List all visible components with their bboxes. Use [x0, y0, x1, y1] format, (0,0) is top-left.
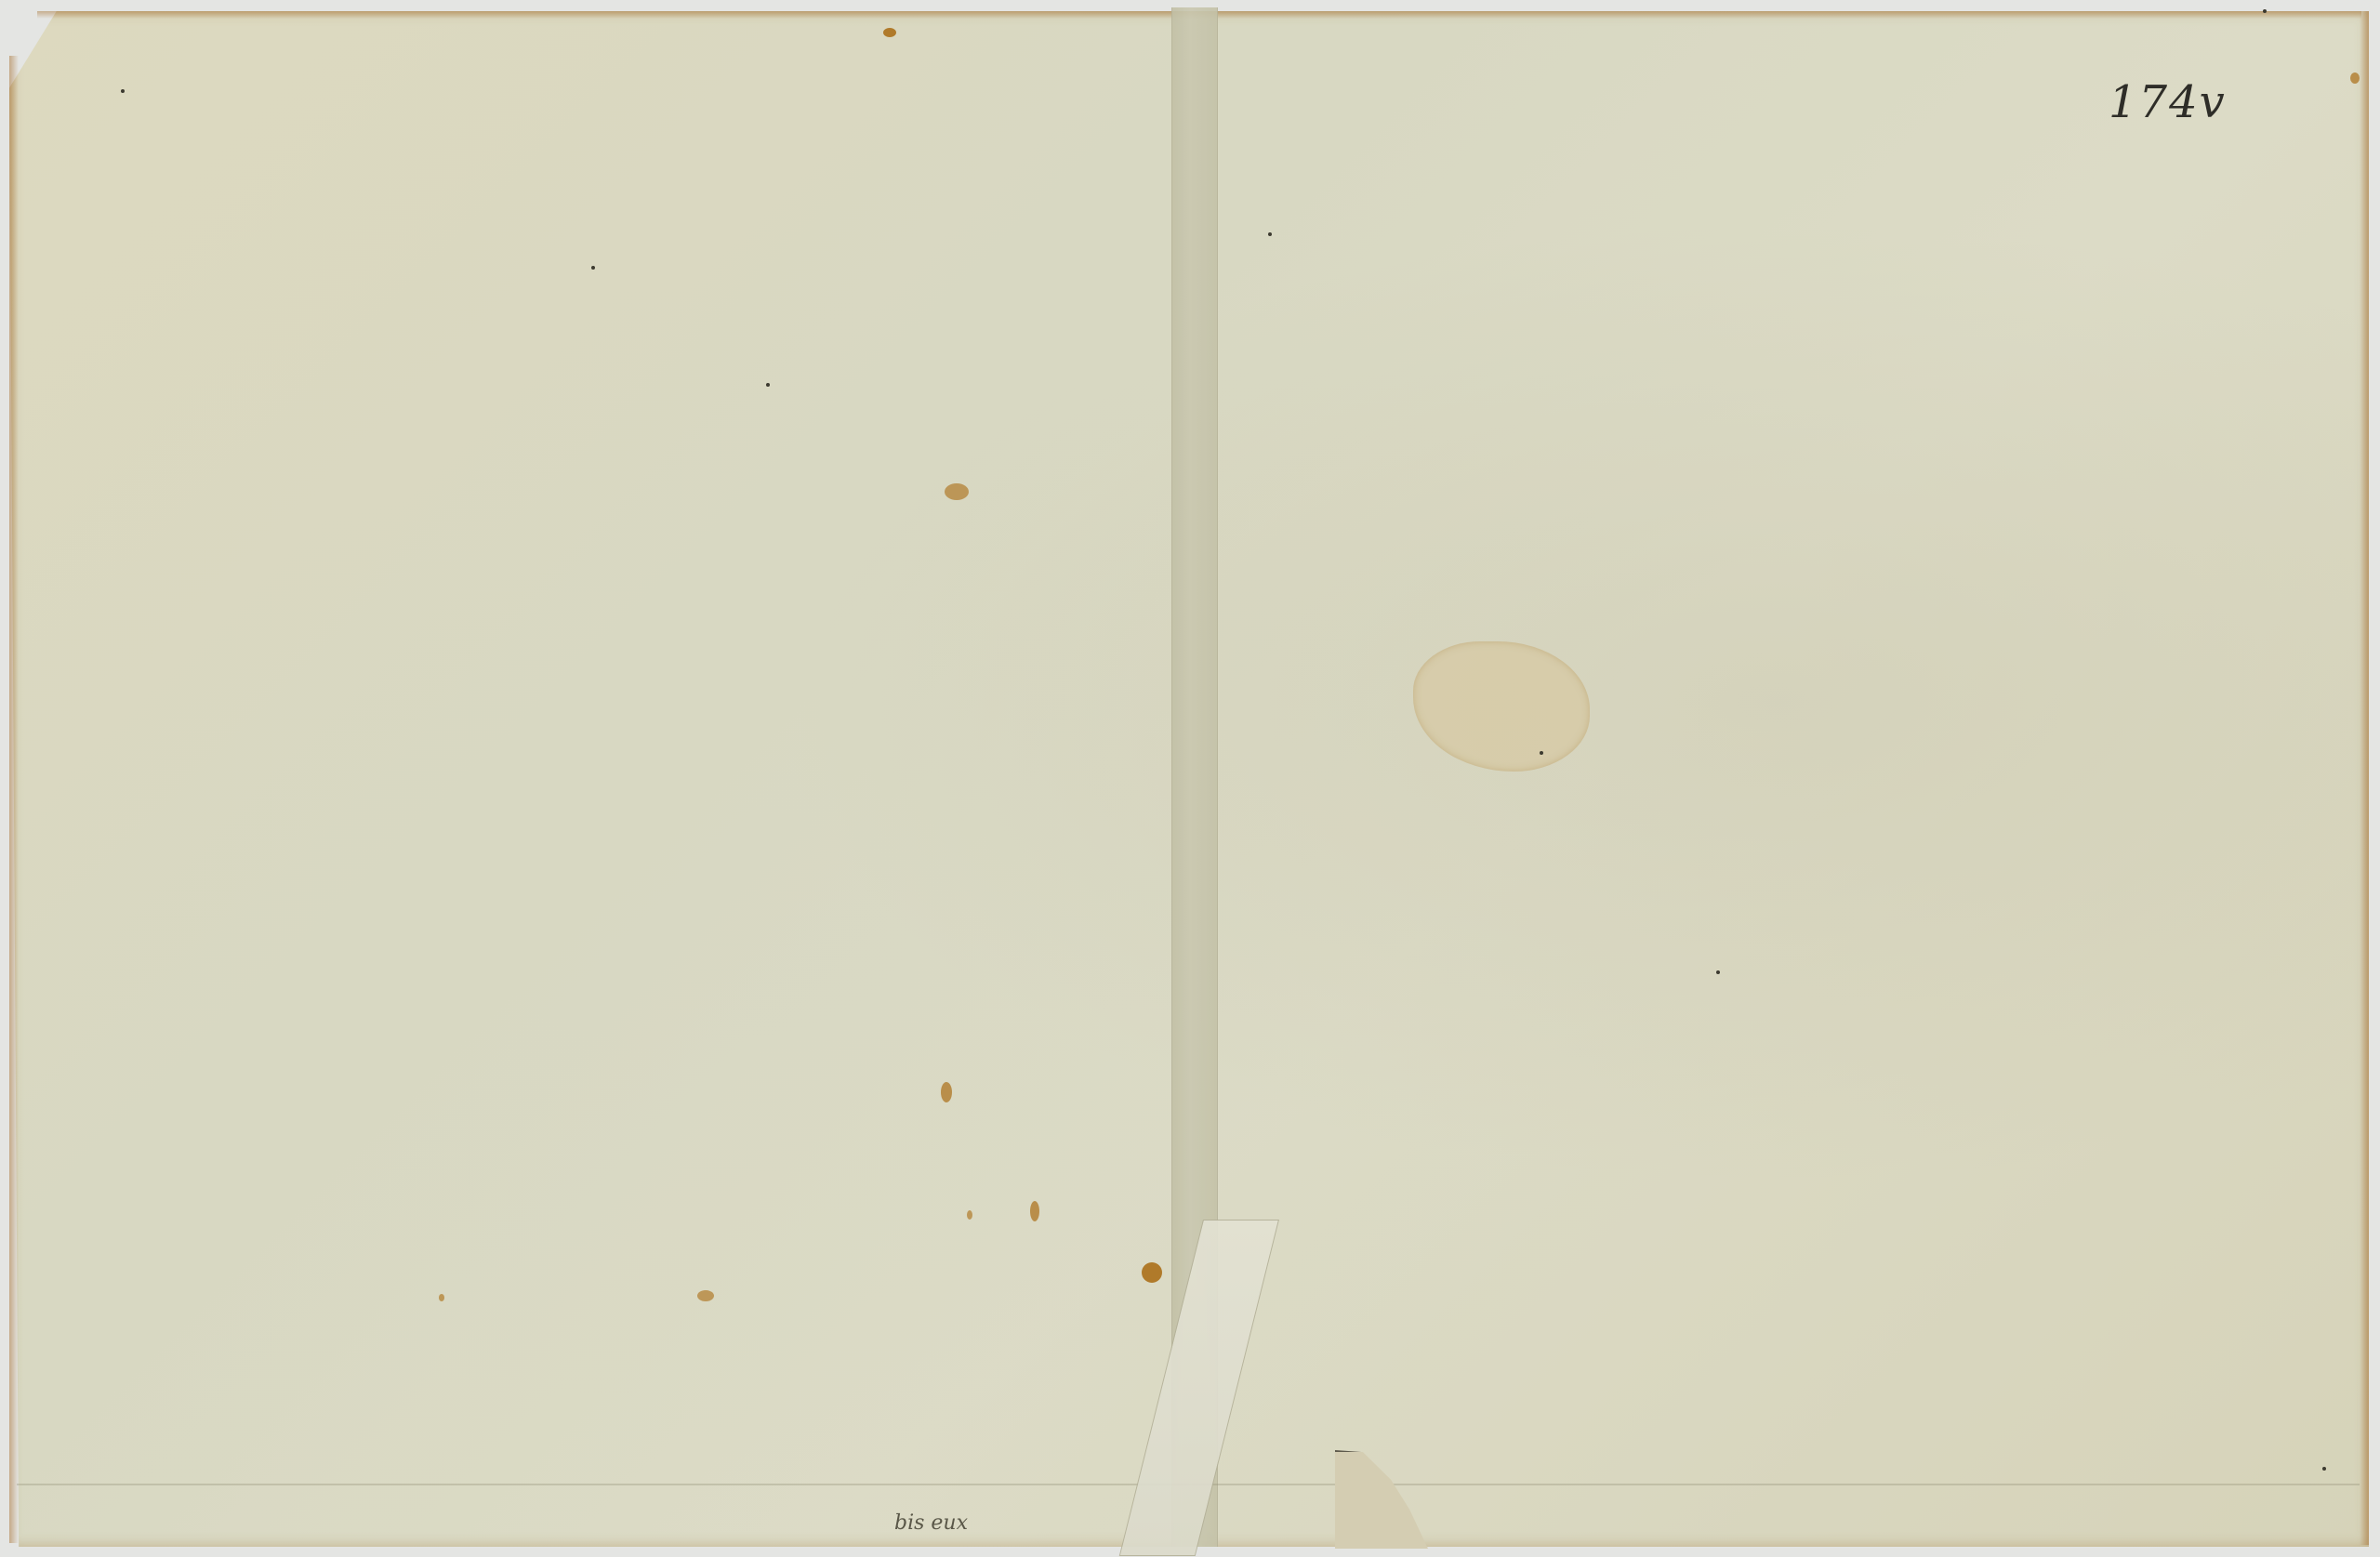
photo-scene: 174v bis eux — [0, 0, 2380, 1557]
foxing-spot — [439, 1294, 444, 1301]
foxing-spot — [697, 1290, 714, 1301]
ink-speck — [1540, 751, 1543, 755]
foxing-spot — [941, 1082, 952, 1102]
foxing-spot — [945, 483, 969, 500]
ink-speck — [766, 383, 770, 387]
ink-speck — [1716, 970, 1720, 974]
ink-speck — [591, 266, 595, 270]
foxing-spot — [1030, 1201, 1039, 1221]
ink-speck — [2263, 9, 2267, 13]
pencil-note-annotation: bis eux — [894, 1511, 968, 1535]
foxing-spot — [883, 28, 896, 37]
ink-speck — [2322, 1467, 2326, 1471]
catalog-number-annotation: 174v — [2109, 76, 2227, 128]
ink-speck — [1268, 232, 1272, 236]
foxing-spot — [967, 1210, 972, 1220]
foxing-spot — [2350, 73, 2360, 84]
foxing-spot — [1142, 1262, 1162, 1283]
ink-speck — [121, 89, 125, 93]
